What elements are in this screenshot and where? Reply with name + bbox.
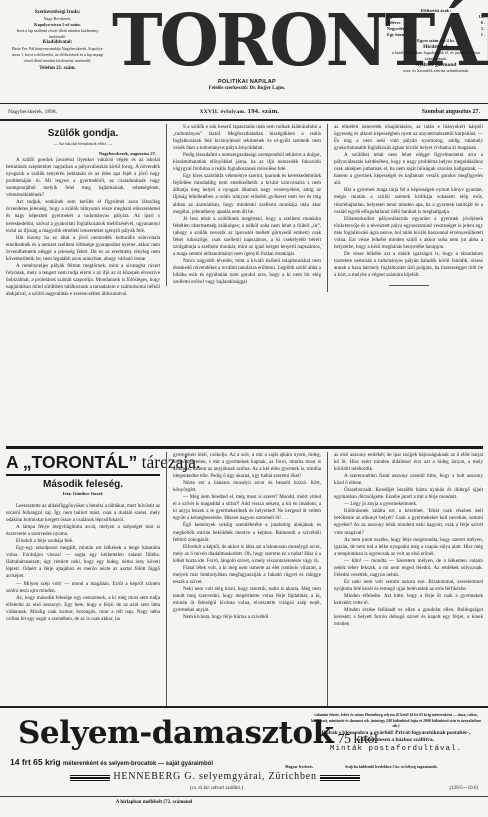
paragraph: Az nem jutott eszébe, hogy férje megmond… bbox=[334, 537, 483, 558]
paragraph: az elméleti ismeretek elsajátítására, az… bbox=[334, 124, 483, 152]
newspaper-page: Szerkesztőségi Iroda: Nagy-Becskerek, Ka… bbox=[0, 0, 488, 817]
paragraph: Összeborzadt. Kendőjét összébb húzta nya… bbox=[334, 487, 483, 501]
paragraph: Elfordult a képtől, de akkor is látta az… bbox=[173, 544, 321, 565]
paragraph: — Idin! — mondta — Szeretem mélyen, de a… bbox=[334, 558, 483, 579]
paragraph: — Még nem feledted el, még most is szere… bbox=[173, 494, 321, 522]
article-subtitle: — Az iskolai beiratások előtt. — bbox=[6, 140, 160, 147]
paragraph: Az, hogy második felesége egy nemzetnek,… bbox=[6, 595, 160, 623]
price-label: Egy hóra bbox=[387, 32, 404, 38]
nyiltter-text: sora: és hasonlók szerint számíttatnak. bbox=[387, 68, 485, 74]
feuilleton-divider bbox=[6, 474, 160, 476]
paragraph: De vésse lelkébe azt a másik igazságot i… bbox=[334, 251, 483, 279]
ad-supplier-note: (cs. és kir. udvari szállító.) bbox=[190, 786, 243, 791]
article-dateline: Nagybecskerek, augusztus 27. bbox=[6, 150, 160, 157]
paragraph: — Milyen szép volt! — mond a magában. Er… bbox=[6, 581, 160, 595]
ad-delivery: Rubák s blouseokra a gyárból! Privát-fog… bbox=[310, 730, 482, 744]
subscription-box: Előfizetési árak : Egész évre12 . Félévr… bbox=[387, 8, 485, 74]
paragraph: A lámpa fénye megvilágította arcát, mely… bbox=[6, 524, 160, 538]
paragraph: Pedig társadalmi s nemzetgazdasági szemp… bbox=[173, 152, 321, 173]
ad-company-line: HENNEBERG G. selyemgyárai, Zürichben bbox=[70, 771, 360, 782]
article-column-2: S a szülők e sok keserű tapasztalás után… bbox=[166, 124, 321, 286]
paragraph: Égő kemények sokáig szemléletébe a jutal… bbox=[173, 522, 321, 543]
feuilleton-title: Második feleség. bbox=[6, 478, 160, 491]
paragraph: — Légy jó anyja a gyermekeimnek. bbox=[334, 501, 483, 508]
ad-title-text: Selyem-damasztok bbox=[18, 715, 333, 751]
ad-note-right: Svájcba küldendő levelekhez 5 kr.-os bél… bbox=[345, 765, 437, 769]
paragraph: gyermekeit öleli, csókolja. Az a szív, a… bbox=[173, 452, 321, 480]
phone-number: Telefon 21. szám. bbox=[10, 66, 105, 72]
section-divider bbox=[6, 446, 483, 449]
ad-description: valamint fekete, fehér és szines Hennebe… bbox=[310, 713, 482, 730]
paragraph: Leeresztette az ablakfüggönyöket s betol… bbox=[6, 503, 160, 524]
editor-line: Felelős szerkesztő: Dr. Bojjer Lajos. bbox=[112, 86, 382, 91]
issue-info-bar: Nagybecskerek, 1898. XXVII. évfolyam. 19… bbox=[0, 103, 488, 121]
feuilleton-column-2: gyermekeit öleli, csókolja. Az a szív, a… bbox=[166, 452, 321, 708]
volume-number: XXVII. évfolyam. 194. szám. bbox=[199, 108, 279, 115]
feuilleton-column-1: Leeresztette az ablakfüggönyöket s betol… bbox=[6, 503, 160, 623]
paragraph: Jó lesz tehát a szülőknek megérteni, hog… bbox=[173, 216, 321, 258]
pointing-hand-left-icon bbox=[70, 773, 110, 781]
paragraph: Nem kívánta, hogy férje kiirtsa a szívéb… bbox=[173, 614, 321, 621]
paragraph: S a szülők e sok keserű tapasztalás után… bbox=[173, 124, 321, 152]
ad-samples: Minták postafordultával. bbox=[310, 744, 482, 754]
article-column-1: Szülők gondja. — Az iskolai beiratások e… bbox=[6, 124, 160, 298]
article-title: Szülők gondja. bbox=[6, 128, 160, 140]
feuilleton-header: Második feleség. Irta: Günther József. bbox=[6, 478, 160, 496]
paragraph: Nézte ezt a bánatos mosolyú arcot és bes… bbox=[173, 480, 321, 494]
issue-number: 194. szám. bbox=[248, 108, 280, 115]
paragraph: Hát bizony ha ez által a jövő nemzedék k… bbox=[6, 235, 160, 263]
paragraph: Minden érzése fellázadt ez ellen a gondo… bbox=[334, 607, 483, 628]
volume: XXVII. évfolyam. bbox=[199, 109, 246, 115]
paragraph: Minden elfeledte. Azt hitte, hogy a férj… bbox=[334, 593, 483, 607]
newspaper-title-block: TORONTÁL POLITIKAI NAPILAP Felelős szerk… bbox=[112, 6, 382, 91]
paragraph: Egy-egy takodposzt megállt, miután ezt l… bbox=[6, 545, 160, 580]
paragraph: Nincs nagyobb tévedés, mint a kiváló ész… bbox=[173, 258, 321, 286]
masthead: Szerkesztőségi Iroda: Nagy-Becskerek, Ka… bbox=[0, 0, 488, 103]
paragraph: Egy híres szabdútfa véleménye szerint, i… bbox=[173, 173, 321, 215]
end-ornament bbox=[389, 285, 429, 286]
publisher-text: Pleitz Fer. Pál könyvnyomdája Nagybecske… bbox=[10, 46, 105, 64]
paragraph: Bár a gyermek maga tárja fel a képessége… bbox=[334, 187, 483, 215]
ad-company: HENNEBERG G. selyemgyárai, Zürichben bbox=[113, 771, 316, 782]
paragraph: A szülői gondok javarészt ilyenkor vakác… bbox=[6, 157, 160, 199]
pointing-hand-right-icon bbox=[320, 773, 360, 781]
paragraph: Azt tudjuk, senkinek sem kerülte el figy… bbox=[6, 199, 160, 234]
newspaper-logo: TORONTÁL bbox=[112, 4, 382, 78]
paragraph: az első asszony emlékét; de ipar szójjék… bbox=[334, 452, 483, 473]
silk-advertisement: Selyem-damasztok75 krtól 14 frt 65 krig … bbox=[0, 706, 488, 817]
paragraph: A reményteljes pályák féltom megtörnek, … bbox=[6, 263, 160, 298]
feuilleton-section-title: A „TORONTÁL” tárezaja. bbox=[6, 452, 160, 472]
article-column-3: az elméleti ismeretek elsajátítására, az… bbox=[327, 124, 483, 292]
office-note: hová a lap szellemi részét illető minden… bbox=[10, 28, 105, 40]
paragraph: A szülőket tehát nem lehet eléggé figyel… bbox=[334, 152, 483, 187]
ad-footer: A hírlapban mellékelt (72. számonel bbox=[0, 796, 488, 805]
paragraph: Különösnek találta ezt a kérelmet. Tehát… bbox=[334, 508, 483, 536]
paragraph: Elhamarkodott pályaválasztás egyaránt a … bbox=[334, 216, 483, 251]
ad-note-left: Magyar levelezés. bbox=[285, 765, 314, 769]
ad-price: 14 frt 65 krig bbox=[10, 757, 61, 767]
office-info-box: Szerkesztőségi Iroda: Nagy-Becskerek, Ka… bbox=[10, 10, 105, 72]
paragraph: Elindult a férje szobája felé. bbox=[6, 538, 160, 545]
paragraph: Neki nem volt elég bízni, hogy szeretik,… bbox=[173, 586, 321, 614]
ad-price-line: 14 frt 65 krig méterenként és selyem-bro… bbox=[10, 757, 213, 767]
ad-right-text: valamint fekete, fehér és szines Hennebe… bbox=[310, 713, 482, 754]
feuilleton-author: Irta: Günther József. bbox=[6, 491, 160, 496]
feuilleton-prefix: A „TORONTÁL” bbox=[6, 452, 137, 472]
paragraph: Ez neki nem volt semmi aszora eze. Bizal… bbox=[334, 579, 483, 593]
feuilleton-column-3: az első asszony emlékét; de ipar szójjék… bbox=[327, 452, 483, 708]
ads-text: a kiadóhivatalban fogadtatnak el, és jut… bbox=[387, 50, 485, 62]
ad-price-text: méterenként és selyem-brocatok — saját g… bbox=[63, 761, 213, 767]
ad-code: (120/5—10.6) bbox=[450, 786, 478, 791]
price-value: 1 . bbox=[481, 32, 485, 38]
paragraph: Fiatal lélek volt, a ki még nem ismerte … bbox=[173, 565, 321, 586]
place-year: Nagybecskerek, 1898. bbox=[8, 109, 57, 115]
issue-date: Szombat augusztus 27. bbox=[422, 109, 480, 115]
paragraph: A szerencsétlen fiatal asszony szentül h… bbox=[334, 473, 483, 487]
